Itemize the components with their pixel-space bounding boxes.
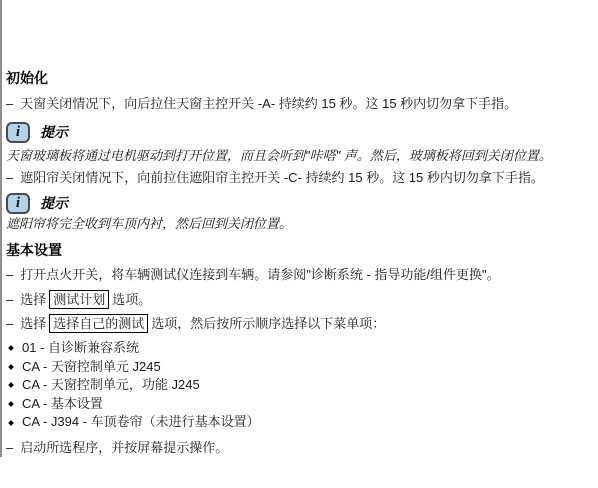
note-header: i 提示	[6, 121, 590, 143]
bullet-icon	[8, 420, 14, 426]
note-title: 提示	[40, 122, 68, 142]
note-header: i 提示	[6, 192, 590, 214]
bullet-icon	[8, 345, 14, 351]
list-item: CA - J394 - 车顶卷帘（未进行基本设置）	[6, 413, 590, 432]
manual-page: 初始化 – 天窗关闭情况下，向后拉住天窗主控开关 -A- 持续约 15 秒。这 …	[0, 0, 598, 457]
button-ref-test-plan: 测试计划	[49, 290, 109, 309]
bullet-icon	[8, 364, 14, 370]
menu-item-label: CA - 天窗控制单元，功能 J245	[22, 376, 200, 395]
bullet-icon	[8, 401, 14, 407]
menu-item-label: CA - 天窗控制单元 J245	[22, 358, 161, 377]
dash-marker: –	[6, 314, 13, 333]
step-text: 打开点火开关，将车辆测试仪连接到车辆。请参阅"诊断系统 - 指导功能/组件更换"…	[20, 265, 499, 284]
step-text: 遮阳帘关闭情况下，向前拉住遮阳帘主控开关 -C- 持续约 15 秒。这 15 秒…	[20, 168, 544, 187]
step-text: 选择测试计划选项。	[20, 290, 151, 309]
menu-item-label: 01 - 自诊断兼容系统	[22, 339, 139, 358]
list-item: 01 - 自诊断兼容系统	[6, 339, 590, 358]
dash-marker: –	[6, 94, 13, 113]
menu-item-label: CA - 基本设置	[22, 395, 103, 414]
info-icon-glyph: i	[16, 195, 20, 212]
step-select-own-test: – 选择选择自己的测试选项，然后按所示顺序选择以下菜单项：	[6, 314, 590, 333]
list-item: CA - 天窗控制单元 J245	[6, 358, 590, 377]
section-heading-basic-settings: 基本设置	[6, 240, 590, 260]
step-sunroof-init: – 天窗关闭情况下，向后拉住天窗主控开关 -A- 持续约 15 秒。这 15 秒…	[6, 94, 590, 113]
note-text-glass-panel: 天窗玻璃板将通过电机驱动到打开位置，而且会听到"咔嗒" 声。然后，玻璃板将回到关…	[6, 147, 590, 165]
step-ignition-tester: – 打开点火开关，将车辆测试仪连接到车辆。请参阅"诊断系统 - 指导功能/组件更…	[6, 265, 590, 284]
info-icon-glyph: i	[16, 124, 20, 141]
info-icon: i	[6, 193, 30, 214]
section-heading-initialization: 初始化	[6, 68, 590, 88]
note-text-sunshade: 遮阳帘将完全收到车顶内衬，然后回到关闭位置。	[6, 215, 590, 233]
step-prefix: 选择	[20, 316, 46, 331]
list-item: CA - 基本设置	[6, 395, 590, 414]
step-suffix: 选项。	[112, 292, 151, 307]
dash-marker: –	[6, 168, 13, 187]
dash-marker: –	[6, 438, 13, 457]
menu-selection-list: 01 - 自诊断兼容系统 CA - 天窗控制单元 J245 CA - 天窗控制单…	[6, 339, 590, 432]
step-suffix: 选项，然后按所示顺序选择以下菜单项：	[151, 316, 385, 331]
step-text: 启动所选程序，并按屏幕提示操作。	[20, 438, 228, 457]
step-select-test-plan: – 选择测试计划选项。	[6, 290, 590, 309]
bullet-icon	[8, 383, 14, 389]
info-icon: i	[6, 122, 30, 143]
list-item: CA - 天窗控制单元，功能 J245	[6, 376, 590, 395]
step-prefix: 选择	[20, 292, 46, 307]
step-start-program: – 启动所选程序，并按屏幕提示操作。	[6, 438, 590, 457]
step-text: 天窗关闭情况下，向后拉住天窗主控开关 -A- 持续约 15 秒。这 15 秒内切…	[20, 94, 517, 113]
button-ref-own-test: 选择自己的测试	[49, 314, 148, 333]
menu-item-label: CA - J394 - 车顶卷帘（未进行基本设置）	[22, 413, 260, 432]
step-sunshade-init: – 遮阳帘关闭情况下，向前拉住遮阳帘主控开关 -C- 持续约 15 秒。这 15…	[6, 168, 590, 187]
dash-marker: –	[6, 265, 13, 284]
step-text: 选择选择自己的测试选项，然后按所示顺序选择以下菜单项：	[20, 314, 385, 333]
dash-marker: –	[6, 290, 13, 309]
note-title: 提示	[40, 193, 68, 213]
